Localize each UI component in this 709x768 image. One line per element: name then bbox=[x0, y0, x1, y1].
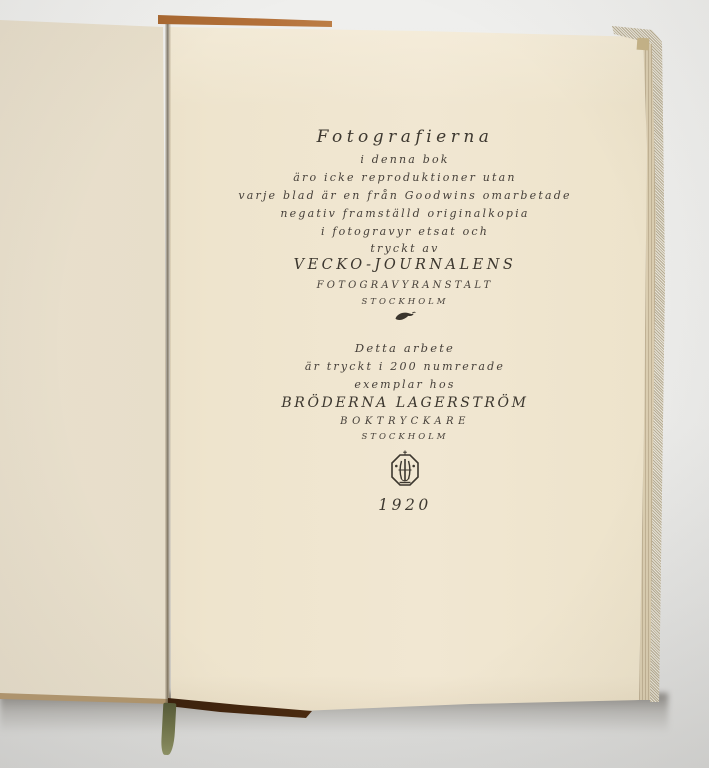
photogravure-house-name: VECKO-JOURNALENS bbox=[172, 257, 638, 273]
statement-line: äro icke reproduktioner utan bbox=[172, 171, 638, 184]
book-photograph: Fotografierna i denna bok äro icke repro… bbox=[0, 0, 709, 768]
page-corner-fold bbox=[637, 38, 650, 51]
edition-line: exemplar hos bbox=[172, 378, 638, 391]
colophon-text: Fotografierna i denna bok äro icke repro… bbox=[172, 0, 638, 768]
statement-line: i fotogravyr etsat och bbox=[172, 225, 638, 238]
photogravure-house-city: STOCKHOLM bbox=[172, 297, 638, 307]
printer-trade: BOKTRYCKARE bbox=[172, 416, 638, 427]
leaf-fleuron-icon bbox=[172, 310, 638, 329]
photogravure-house-division: FOTOGRAVYRANSTALT bbox=[172, 280, 638, 291]
edition-line: är tryckt i 200 numrerade bbox=[172, 360, 638, 373]
statement-line: i denna bok bbox=[172, 153, 638, 166]
statement-line: tryckt av bbox=[172, 242, 638, 255]
colophon-title: Fotografierna bbox=[172, 127, 638, 147]
statement-line: negativ framställd originalkopia bbox=[172, 207, 638, 220]
printer-city: STOCKHOLM bbox=[172, 432, 638, 442]
printers-emblem-icon bbox=[172, 449, 638, 491]
print-year: 1920 bbox=[172, 496, 638, 514]
edition-line: Detta arbete bbox=[172, 341, 638, 355]
printer-name: BRÖDERNA LAGERSTRÖM bbox=[172, 395, 638, 411]
gutter-crease bbox=[165, 24, 171, 704]
statement-line: varje blad är en från Goodwins omarbetad… bbox=[172, 189, 638, 202]
